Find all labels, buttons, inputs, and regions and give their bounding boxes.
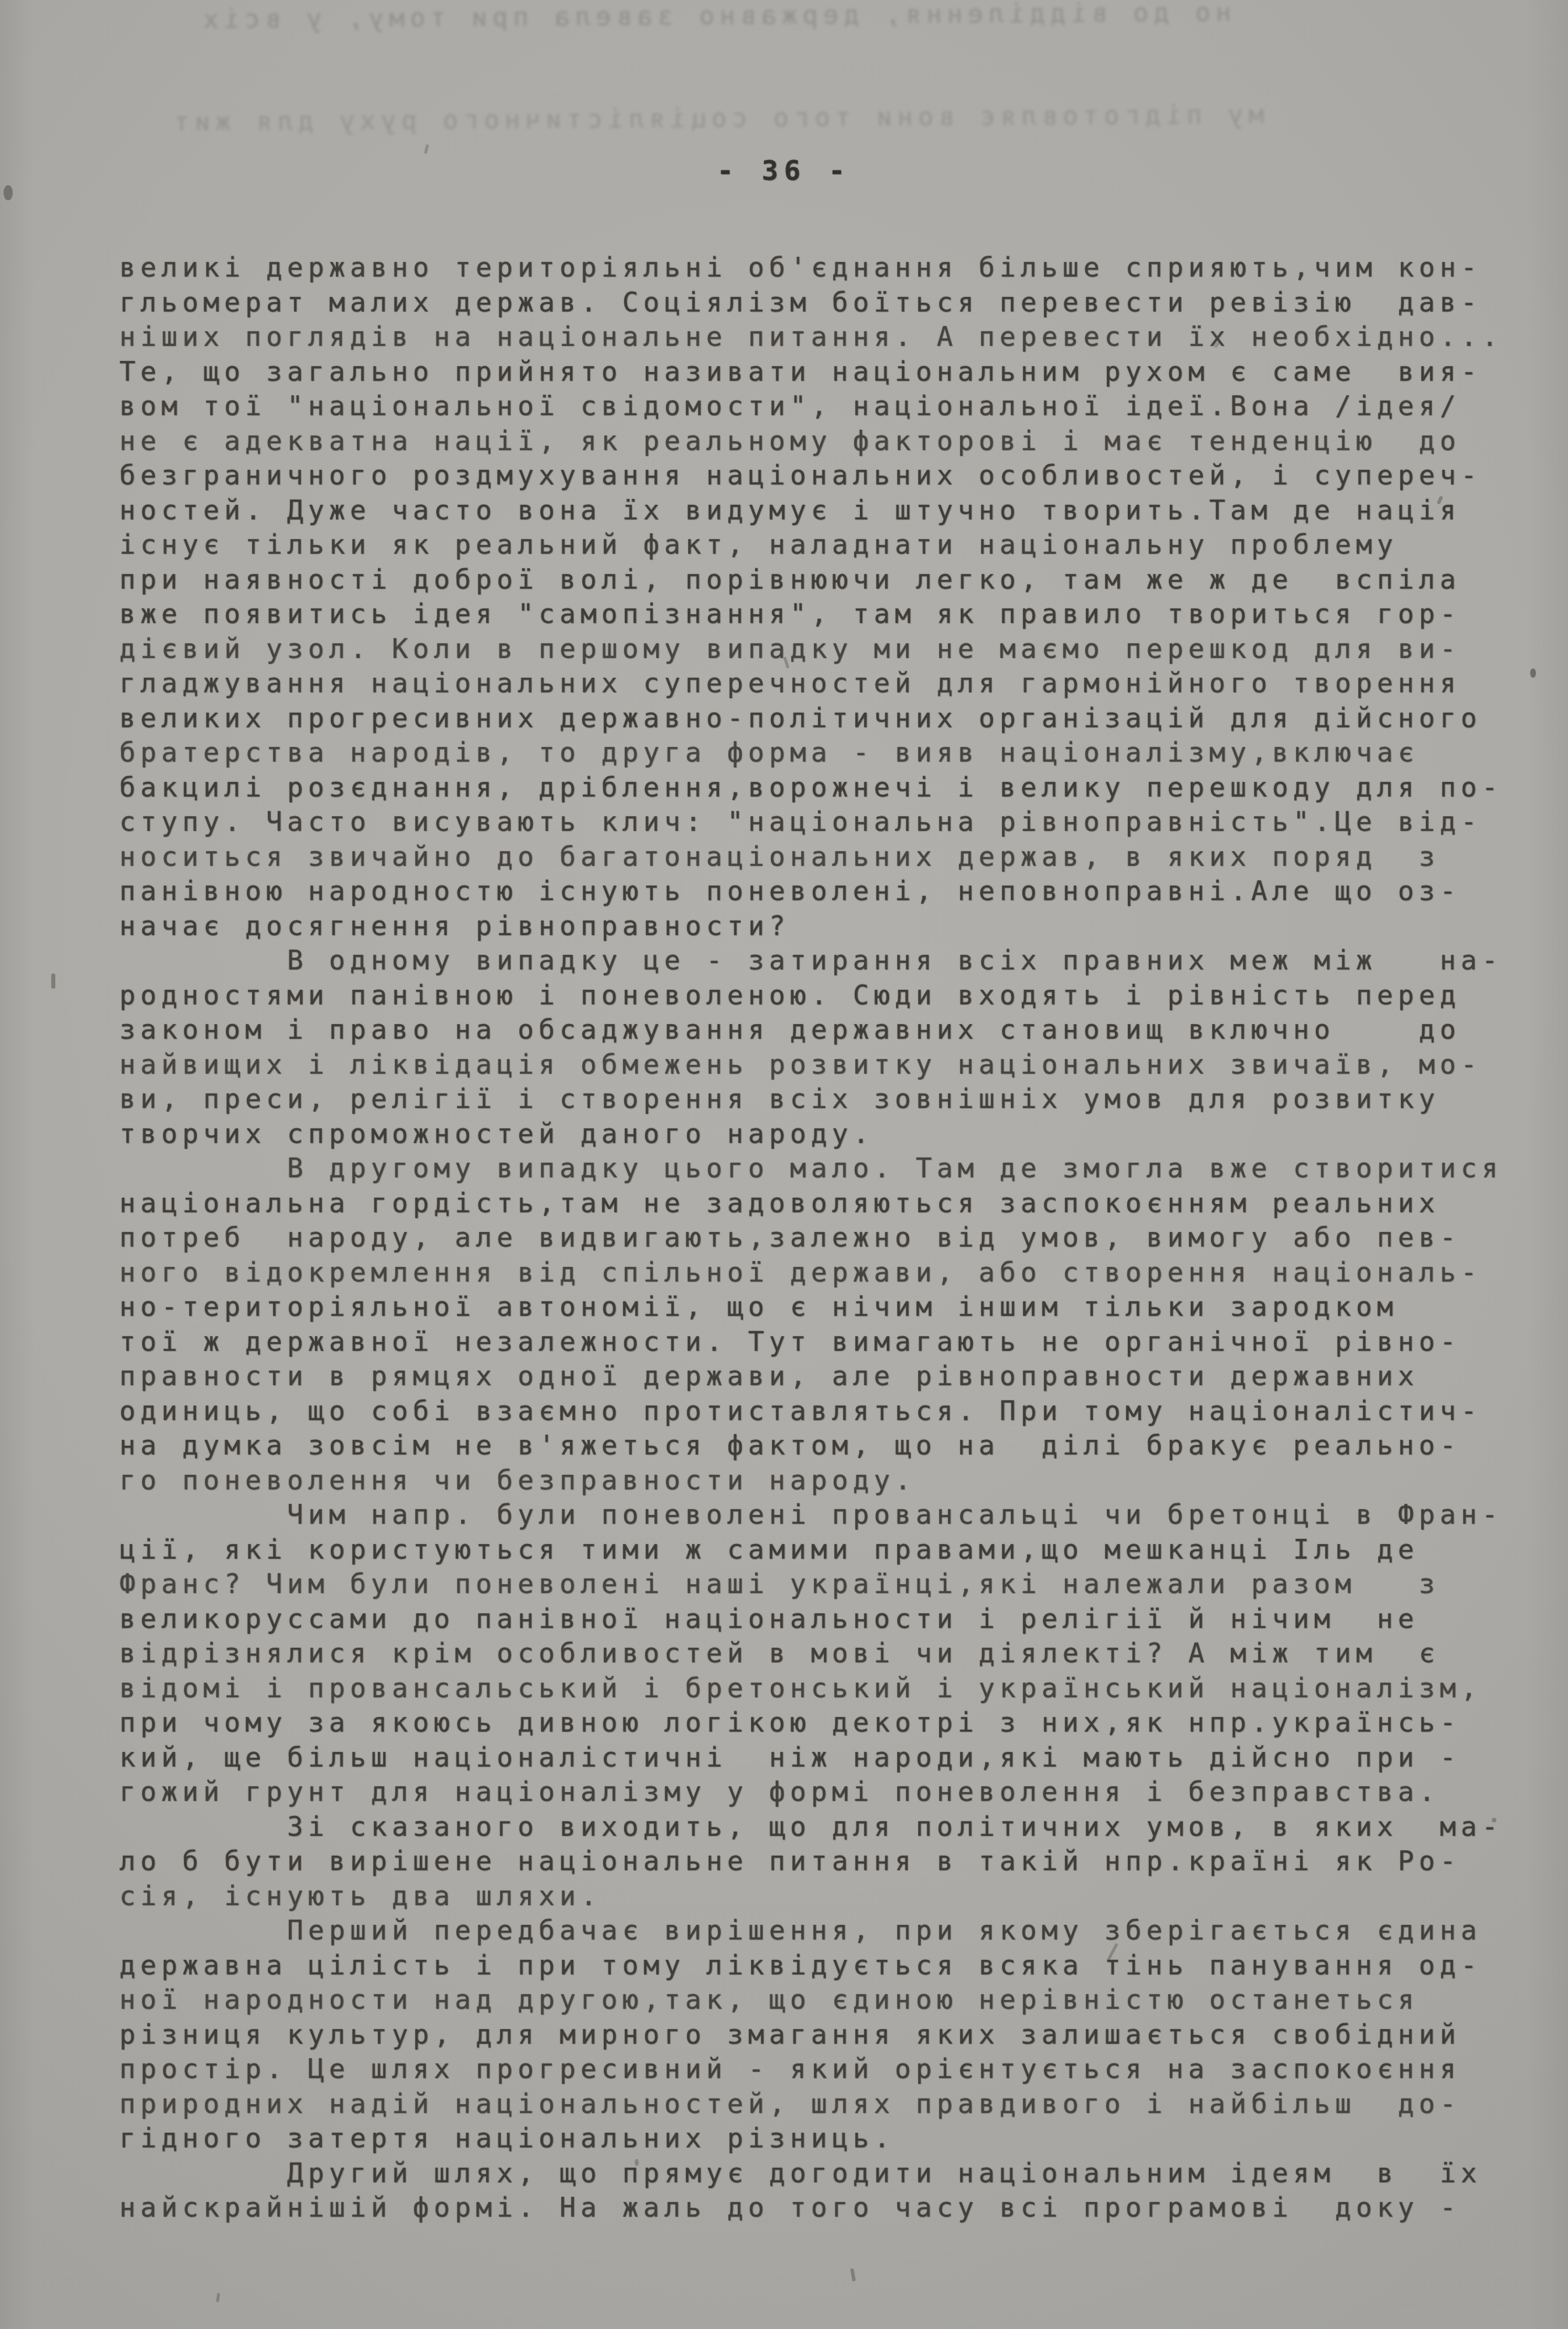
text-line: В одному випадку це - затирання всіх пра… xyxy=(119,943,1503,978)
text-line: ного відокремлення від спільної держави,… xyxy=(119,1255,1503,1290)
text-line: відомі і провансальський і бретонський і… xyxy=(119,1671,1503,1706)
text-line: но-територіяльної автономії, що є нічим … xyxy=(119,1290,1503,1325)
text-line: Франс? Чим були поневолені наші українці… xyxy=(119,1567,1503,1602)
text-line: існує тільки як реальний факт, наладнати… xyxy=(119,528,1503,562)
text-line: державна цілість і при тому ліквідується… xyxy=(119,1948,1503,1983)
text-line: гльомерат малих держав. Соціялізм боїтьс… xyxy=(119,285,1503,320)
text-line: творчих спроможностей даного народу. xyxy=(119,1117,1503,1152)
text-line: найскрайнішій формі. На жаль до того час… xyxy=(119,2190,1503,2225)
text-line: гладжування національних суперечностей д… xyxy=(119,666,1503,701)
text-line: носиться звичайно до багатонаціональних … xyxy=(119,840,1503,875)
text-line: національна гордість,там не задоволяютьс… xyxy=(119,1186,1503,1221)
bleedthrough-line: но до відділення, державно завела при то… xyxy=(198,0,1231,34)
bleedthrough-layer: но до відділення, державно завела при то… xyxy=(0,0,1568,151)
text-line: ло б бути вирішене національне питання в… xyxy=(119,1844,1503,1879)
paper-speck xyxy=(216,2293,220,2303)
text-line: панівною народностю існують поневолені, … xyxy=(119,874,1503,909)
text-line: ви, преси, релігії і створення всіх зовн… xyxy=(119,1082,1503,1117)
text-line: найвищих і ліквідація обмежень розвитку … xyxy=(119,1047,1503,1082)
text-line: великих прогресивних державно-політичних… xyxy=(119,701,1503,736)
text-line: безграничного роздмухування національних… xyxy=(119,458,1503,493)
text-line: великоруссами до панівної національности… xyxy=(119,1602,1503,1637)
paper-speck xyxy=(1530,668,1536,678)
text-line: вом тої "національної свідомости", націо… xyxy=(119,389,1503,424)
text-line: ступу. Часто висувають клич: "національн… xyxy=(119,805,1503,840)
text-line: великі державно територіяльні об'єднання… xyxy=(119,250,1503,285)
text-line: ної народности над другою,так, що єдиною… xyxy=(119,1983,1503,2017)
text-line: вже появитись ідея "самопізнання", там я… xyxy=(119,597,1503,632)
text-line: гожий грунт для націоналізму у формі пон… xyxy=(119,1775,1503,1810)
text-line: тої ж державної незалежности. Тут вимага… xyxy=(119,1325,1503,1360)
paper-speck xyxy=(51,974,55,989)
text-line: сія, існують два шляхи. xyxy=(119,1879,1503,1914)
paper-speck xyxy=(635,2159,639,2166)
text-line: бакцилі розєднання, дріблення,ворожнечі … xyxy=(119,770,1503,805)
text-line: начає досягнення рівноправности? xyxy=(119,909,1503,944)
text-line: при наявності доброї волі, порівнюючи ле… xyxy=(119,562,1503,597)
page-number: - 36 - xyxy=(0,155,1568,187)
text-line: Другий шлях, що прямує догодити націонал… xyxy=(119,2156,1503,2191)
paper-speck xyxy=(850,2268,856,2282)
text-line: законом і право на обсаджування державни… xyxy=(119,1013,1503,1047)
paper-speck xyxy=(1492,1818,1496,1822)
text-line: правности в рямцях одної держави, але рі… xyxy=(119,1359,1503,1394)
text-line: відрізнялися крім особливостей в мові чи… xyxy=(119,1636,1503,1671)
text-line: на думка зовсім не в'яжеться фактом, що … xyxy=(119,1428,1503,1463)
text-line: Те, що загально прийнято називати націон… xyxy=(119,355,1503,390)
body-text: великі державно територіяльні об'єднання… xyxy=(119,250,1503,2225)
text-line: го поневолення чи безправности народу. xyxy=(119,1463,1503,1498)
text-line: при чому за якоюсь дивною логікою декотр… xyxy=(119,1705,1503,1740)
text-line: одиниць, що собі взаємно протиставляться… xyxy=(119,1394,1503,1429)
text-line: простір. Це шлях прогресивний - який орі… xyxy=(119,2052,1503,2087)
paper-speck xyxy=(3,185,13,200)
text-line: родностями панівною і поневоленою. Сюди … xyxy=(119,978,1503,1013)
bleedthrough-line: му підготовляє вони того соціялістичного… xyxy=(169,100,1264,137)
text-line: різниця культур, для мирного змагання як… xyxy=(119,2017,1503,2052)
text-line: кий, ще більш націоналістичні ніж народи… xyxy=(119,1740,1503,1775)
text-line: Зі сказаного виходить, що для політичних… xyxy=(119,1810,1503,1845)
text-line: ніших поглядів на національне питання. А… xyxy=(119,320,1503,355)
text-line: ностей. Дуже часто вона їх видумує і шту… xyxy=(119,493,1503,528)
text-line: потреб народу, але видвигають,залежно ві… xyxy=(119,1220,1503,1255)
text-line: не є адекватна нації, як реальному факто… xyxy=(119,424,1503,459)
scanned-page: но до відділення, державно завела при то… xyxy=(0,0,1568,2329)
text-line: В другому випадку цього мало. Там де змо… xyxy=(119,1151,1503,1186)
text-line: дієвий узол. Коли в першому випадку ми н… xyxy=(119,632,1503,667)
text-line: братерства народів, то друга форма - вия… xyxy=(119,735,1503,770)
text-line: ції, які користуються тими ж самими прав… xyxy=(119,1532,1503,1567)
text-line: природних надій національностей, шлях пр… xyxy=(119,2087,1503,2122)
text-line: Перший передбачає вирішення, при якому з… xyxy=(119,1913,1503,1948)
text-line: Чим напр. були поневолені провансальці ч… xyxy=(119,1498,1503,1532)
text-line: гідного затертя національних різниць. xyxy=(119,2121,1503,2156)
